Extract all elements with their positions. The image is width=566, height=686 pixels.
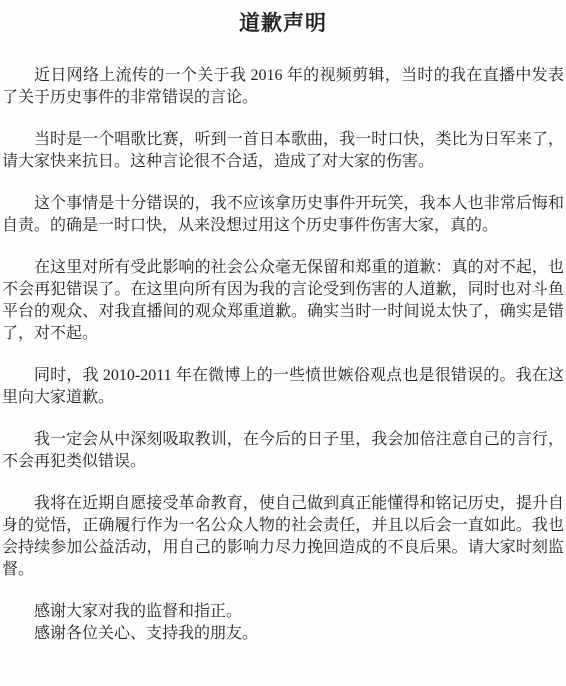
document-title: 道歉声明 bbox=[2, 12, 564, 35]
document-body: 近日网络上流传的一个关于我 2016 年的视频剪辑，当时的我在直播中发表了关于历… bbox=[2, 65, 564, 645]
paragraph-weibo-views: 同时，我 2010-2011 年在微博上的一些愤世嫉俗观点也是很错误的。我在这里… bbox=[2, 365, 564, 409]
paragraph-video-clip: 近日网络上流传的一个关于我 2016 年的视频剪辑，当时的我在直播中发表了关于历… bbox=[2, 65, 564, 109]
apology-statement-document: 道歉声明 近日网络上流传的一个关于我 2016 年的视频剪辑，当时的我在直播中发… bbox=[0, 0, 566, 686]
closing-line-thanks-friends: 感谢各位关心、支持我的朋友。 bbox=[2, 623, 564, 645]
paragraph-regret: 这个事情是十分错误的，我不应该拿历史事件开玩笑，我本人也非常后悔和自责。的确是一… bbox=[2, 193, 564, 237]
closing-line-thanks-supervision: 感谢大家对我的监督和指正。 bbox=[2, 601, 564, 623]
paragraph-singing-contest: 当时是一个唱歌比赛，听到一首日本歌曲，我一时口快，类比为日军来了，请大家快来抗日… bbox=[2, 129, 564, 173]
paragraph-future-commitment: 我将在近期自愿接受革命教育，使自己做到真正能懂得和铭记历史，提升自身的觉悟，正确… bbox=[2, 493, 564, 581]
paragraph-public-apology: 在这里对所有受此影响的社会公众毫无保留和郑重的道歉：真的对不起，也不会再犯错误了… bbox=[2, 257, 564, 345]
paragraph-lesson-learned: 我一定会从中深刻吸取教训，在今后的日子里，我会加倍注意自己的言行，不会再犯类似错… bbox=[2, 429, 564, 473]
